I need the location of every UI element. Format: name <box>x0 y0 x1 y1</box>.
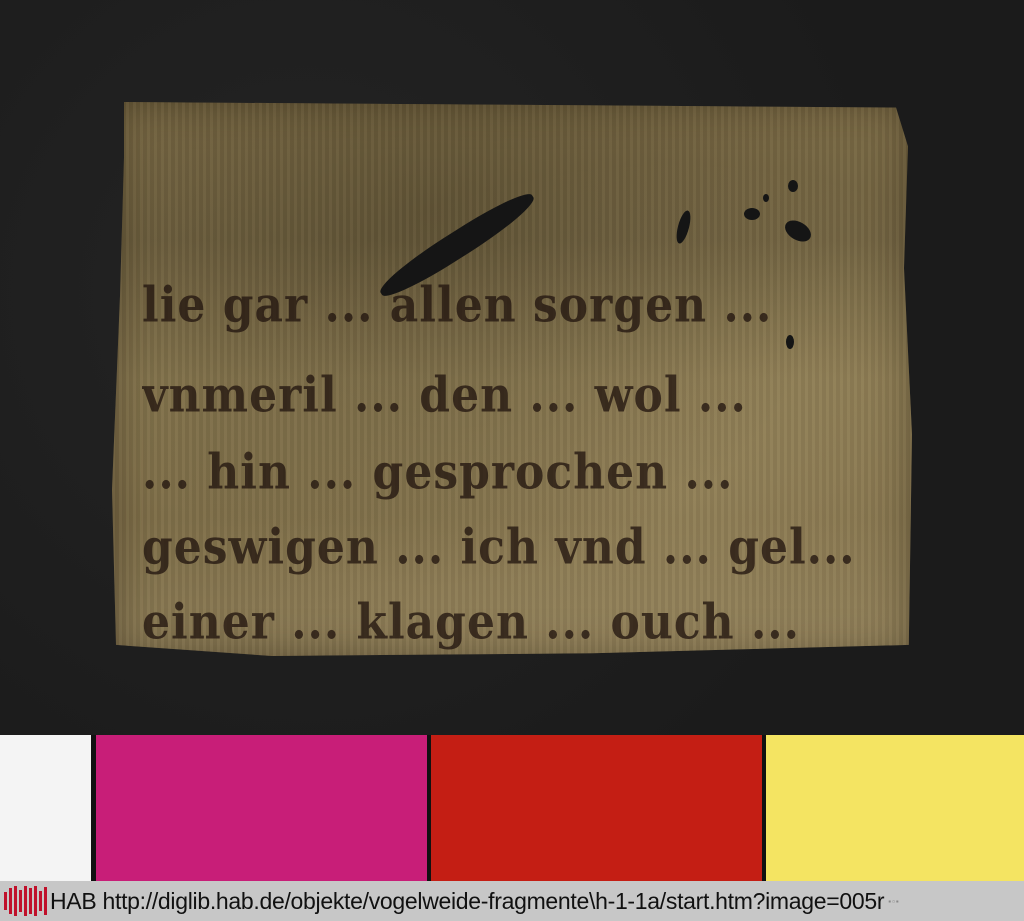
manuscript-line: vnmeril ... den ... wol ... <box>142 367 902 423</box>
tear-hole <box>786 335 794 349</box>
manuscript-line: geswigen ... ich vnd ... gel... <box>142 519 902 575</box>
manuscript-photo: lie gar ... allen sorgen ... vnmeril ...… <box>0 0 1024 735</box>
tear-hole <box>781 216 814 246</box>
color-patch-yellow <box>766 735 1024 881</box>
color-patch-white <box>0 735 91 881</box>
tear-hole <box>788 180 798 192</box>
source-url: HAB http://diglib.hab.de/objekte/vogelwe… <box>50 888 884 915</box>
footer-dots: ▪▫▪ <box>888 897 900 906</box>
color-patch-magenta <box>96 735 427 881</box>
manuscript-line: lie gar ... allen sorgen ... <box>142 277 902 333</box>
tear-hole <box>763 194 769 202</box>
tear-hole <box>674 209 693 245</box>
footer-bar: HAB http://diglib.hab.de/objekte/vogelwe… <box>0 881 1024 921</box>
hab-logo-icon <box>4 885 48 917</box>
color-patch-red <box>431 735 762 881</box>
manuscript-line: ... hin ... gesprochen ... <box>142 444 902 500</box>
tear-hole <box>744 208 760 220</box>
manuscript-line: einer ... klagen ... ouch ... <box>142 594 902 650</box>
parchment-fragment: lie gar ... allen sorgen ... vnmeril ...… <box>112 102 912 656</box>
